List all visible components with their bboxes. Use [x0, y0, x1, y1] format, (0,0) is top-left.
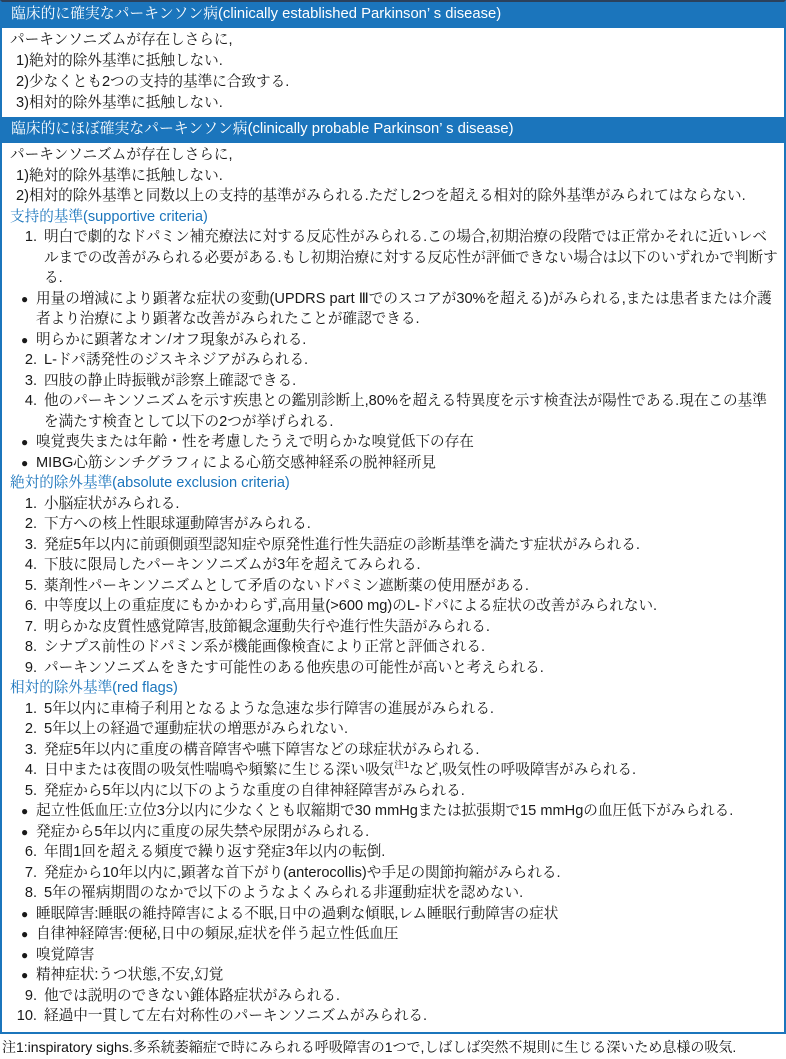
condition-item: 2)相対的除外基準と同数以上の支持的基準がみられる.ただし2つを超える相対的除外…	[7, 186, 779, 207]
bullet-icon: ●	[21, 924, 36, 945]
item-number: 9.	[7, 986, 37, 1007]
item-text: 発症5年以内に重度の構音障害や嚥下障害などの球症状がみられる.	[44, 740, 779, 761]
numbered-item: 3.発症5年以内に重度の構音障害や嚥下障害などの球症状がみられる.	[7, 740, 779, 761]
banner-clinically-probable: 臨床的にほぼ確実なパーキンソン病(clinically probable Par…	[2, 117, 784, 143]
numbered-item: 4.日中または夜間の吸気性喘鳴や頻繁に生じる深い吸気注1など,吸気性の呼吸障害が…	[7, 760, 779, 781]
item-text: 経過中一貫して左右対称性のパーキンソニズムがみられる.	[44, 1006, 779, 1027]
bullet-icon: ●	[21, 801, 36, 822]
item-number: 3.	[7, 371, 37, 392]
supportive-criteria-list: 1.明白で劇的なドパミン補充療法に対する反応性がみられる.この場合,初期治療の段…	[7, 227, 779, 473]
item-number: 1.	[7, 227, 37, 248]
bullet-icon: ●	[21, 453, 36, 474]
footnote-marker: 注1	[394, 760, 409, 771]
item-text: L-ドパ誘発性のジスキネジアがみられる.	[44, 350, 779, 371]
bullet-item: ●発症から5年以内に重度の尿失禁や尿閉がみられる.	[21, 822, 779, 843]
numbered-item: 9.パーキンソニズムをきたす可能性のある他疾患の可能性が高いと考えられる.	[7, 658, 779, 679]
bullet-icon: ●	[21, 432, 36, 453]
bullet-icon: ●	[21, 289, 36, 310]
established-conditions: 1)絶対的除外基準に抵触しない.2)少なくとも2つの支持的基準に合致する.3)相…	[7, 51, 779, 114]
item-number: 5.	[7, 576, 37, 597]
supportive-criteria-heading: 支持的基準(supportive criteria)	[7, 207, 779, 228]
banner-clinically-established: 臨床的に確実なパーキンソン病(clinically established Pa…	[2, 2, 784, 28]
item-text: 下肢に限局したパーキンソニズムが3年を超えてみられる.	[44, 555, 779, 576]
established-intro: パーキンソニズムが存在しさらに,	[7, 30, 779, 51]
bullet-item: ●睡眠障害:睡眠の維持障害による不眠,日中の過剰な傾眠,レム睡眠行動障害の症状	[21, 904, 779, 925]
item-number: 9.	[7, 658, 37, 679]
footnote: 注1:inspiratory sighs.多系統萎縮症で時にみられる呼吸障害の1…	[0, 1034, 786, 1059]
item-number: 7.	[7, 617, 37, 638]
diagnostic-criteria-table: 臨床的に確実なパーキンソン病(clinically established Pa…	[0, 0, 786, 1034]
item-text: 小脳症状がみられる.	[44, 494, 779, 515]
numbered-item: 5.発症から5年以内に以下のような重度の自律神経障害がみられる.	[7, 781, 779, 802]
item-text: 発症から5年以内に以下のような重度の自律神経障害がみられる.	[44, 781, 779, 802]
item-number: 8.	[7, 637, 37, 658]
established-section: パーキンソニズムが存在しさらに, 1)絶対的除外基準に抵触しない.2)少なくとも…	[2, 28, 784, 117]
item-number: 2.	[7, 350, 37, 371]
bullet-icon: ●	[21, 822, 36, 843]
bullet-item: ●嗅覚障害	[21, 945, 779, 966]
item-number: 7.	[7, 863, 37, 884]
absolute-exclusion-list: 1.小脳症状がみられる.2.下方への核上性眼球運動障害がみられる.3.発症5年以…	[7, 494, 779, 679]
item-text: 四肢の静止時振戦が診察上確認できる.	[44, 371, 779, 392]
numbered-item: 1.5年以内に車椅子利用となるような急速な歩行障害の進展がみられる.	[7, 699, 779, 720]
numbered-item: 4.他のパーキンソニズムを示す疾患との鑑別診断上,80%を超える特異度を示す検査…	[7, 391, 779, 432]
numbered-item: 5.薬剤性パーキンソニズムとして矛盾のないドパミン遮断薬の使用歴がある.	[7, 576, 779, 597]
criteria-section: パーキンソニズムが存在しさらに, 1)絶対的除外基準に抵触しない.2)相対的除外…	[2, 143, 784, 1032]
numbered-item: 8.シナプス前性のドパミン系が機能画像検査により正常と評価される.	[7, 637, 779, 658]
item-number: 3.	[7, 535, 37, 556]
red-flags-list: 1.5年以内に車椅子利用となるような急速な歩行障害の進展がみられる.2.5年以上…	[7, 699, 779, 1027]
probable-intro: パーキンソニズムが存在しさらに,	[7, 145, 779, 166]
numbered-item: 6.年間1回を超える頻度で繰り返す発症3年以内の転倒.	[7, 842, 779, 863]
condition-item: 1)絶対的除外基準に抵触しない.	[7, 166, 779, 187]
item-text: 5年以内に車椅子利用となるような急速な歩行障害の進展がみられる.	[44, 699, 779, 720]
numbered-item: 1.明白で劇的なドパミン補充療法に対する反応性がみられる.この場合,初期治療の段…	[7, 227, 779, 289]
item-text: パーキンソニズムをきたす可能性のある他疾患の可能性が高いと考えられる.	[44, 658, 779, 679]
bullet-item: ●精神症状:うつ状態,不安,幻覚	[21, 965, 779, 986]
numbered-item: 2.下方への核上性眼球運動障害がみられる.	[7, 514, 779, 535]
bullet-text: 精神症状:うつ状態,不安,幻覚	[36, 965, 779, 986]
item-text: 中等度以上の重症度にもかかわらず,高用量(>600 mg)のL-ドパによる症状の…	[44, 596, 779, 617]
item-text: 日中または夜間の吸気性喘鳴や頻繁に生じる深い吸気注1など,吸気性の呼吸障害がみら…	[44, 760, 779, 781]
bullet-item: ●嗅覚喪失または年齢・性を考慮したうえで明らかな嗅覚低下の存在	[21, 432, 779, 453]
item-number: 4.	[7, 760, 37, 781]
item-text: 他では説明のできない錐体路症状がみられる.	[44, 986, 779, 1007]
bullet-text: 嗅覚喪失または年齢・性を考慮したうえで明らかな嗅覚低下の存在	[36, 432, 779, 453]
numbered-item: 2.L-ドパ誘発性のジスキネジアがみられる.	[7, 350, 779, 371]
item-number: 1.	[7, 699, 37, 720]
item-number: 10.	[7, 1006, 37, 1027]
numbered-item: 3.発症5年以内に前頭側頭型認知症や原発性進行性失語症の診断基準を満たす症状がみ…	[7, 535, 779, 556]
bullet-icon: ●	[21, 945, 36, 966]
bullet-item: ●自律神経障害:便秘,日中の頻尿,症状を伴う起立性低血圧	[21, 924, 779, 945]
numbered-item: 8.5年の罹病期間のなかで以下のようなよくみられる非運動症状を認めない.	[7, 883, 779, 904]
bullet-text: MIBG心筋シンチグラフィによる心筋交感神経系の脱神経所見	[36, 453, 779, 474]
item-text: 他のパーキンソニズムを示す疾患との鑑別診断上,80%を超える特異度を示す検査法が…	[44, 391, 779, 432]
item-number: 3.	[7, 740, 37, 761]
item-text: 明らかな皮質性感覚障害,肢節観念運動失行や進行性失語がみられる.	[44, 617, 779, 638]
numbered-item: 7.明らかな皮質性感覚障害,肢節観念運動失行や進行性失語がみられる.	[7, 617, 779, 638]
numbered-item: 9.他では説明のできない錐体路症状がみられる.	[7, 986, 779, 1007]
bullet-item: ●明らかに顕著なオン/オフ現象がみられる.	[21, 330, 779, 351]
item-text: 薬剤性パーキンソニズムとして矛盾のないドパミン遮断薬の使用歴がある.	[44, 576, 779, 597]
bullet-text: 用量の増減により顕著な症状の変動(UPDRS part Ⅲでのスコアが30%を超…	[36, 289, 779, 330]
numbered-item: 2.5年以上の経過で運動症状の増悪がみられない.	[7, 719, 779, 740]
red-flags-heading: 相対的除外基準(red flags)	[7, 678, 779, 699]
condition-item: 1)絶対的除外基準に抵触しない.	[7, 51, 779, 72]
item-number: 8.	[7, 883, 37, 904]
absolute-exclusion-heading: 絶対的除外基準(absolute exclusion criteria)	[7, 473, 779, 494]
item-number: 5.	[7, 781, 37, 802]
bullet-text: 嗅覚障害	[36, 945, 779, 966]
probable-conditions: 1)絶対的除外基準に抵触しない.2)相対的除外基準と同数以上の支持的基準がみられ…	[7, 166, 779, 207]
condition-item: 2)少なくとも2つの支持的基準に合致する.	[7, 72, 779, 93]
item-text: 明白で劇的なドパミン補充療法に対する反応性がみられる.この場合,初期治療の段階で…	[44, 227, 779, 289]
numbered-item: 7.発症から10年以内に,顕著な首下がり(anterocollis)や手足の関節…	[7, 863, 779, 884]
bullet-text: 明らかに顕著なオン/オフ現象がみられる.	[36, 330, 779, 351]
item-number: 6.	[7, 596, 37, 617]
item-text: 年間1回を超える頻度で繰り返す発症3年以内の転倒.	[44, 842, 779, 863]
item-number: 2.	[7, 514, 37, 535]
item-number: 6.	[7, 842, 37, 863]
item-number: 2.	[7, 719, 37, 740]
numbered-item: 1.小脳症状がみられる.	[7, 494, 779, 515]
item-text: シナプス前性のドパミン系が機能画像検査により正常と評価される.	[44, 637, 779, 658]
numbered-item: 3.四肢の静止時振戦が診察上確認できる.	[7, 371, 779, 392]
bullet-icon: ●	[21, 330, 36, 351]
item-text: 5年の罹病期間のなかで以下のようなよくみられる非運動症状を認めない.	[44, 883, 779, 904]
item-number: 4.	[7, 391, 37, 412]
condition-item: 3)相対的除外基準に抵触しない.	[7, 93, 779, 114]
item-number: 4.	[7, 555, 37, 576]
bullet-text: 発症から5年以内に重度の尿失禁や尿閉がみられる.	[36, 822, 779, 843]
bullet-text: 起立性低血圧:立位3分以内に少なくとも収縮期で30 mmHgまたは拡張期で15 …	[36, 801, 779, 822]
bullet-text: 睡眠障害:睡眠の維持障害による不眠,日中の過剰な傾眠,レム睡眠行動障害の症状	[36, 904, 779, 925]
numbered-item: 4.下肢に限局したパーキンソニズムが3年を超えてみられる.	[7, 555, 779, 576]
item-text: 5年以上の経過で運動症状の増悪がみられない.	[44, 719, 779, 740]
bullet-icon: ●	[21, 904, 36, 925]
item-text: 発症5年以内に前頭側頭型認知症や原発性進行性失語症の診断基準を満たす症状がみられ…	[44, 535, 779, 556]
bullet-icon: ●	[21, 965, 36, 986]
bullet-item: ●起立性低血圧:立位3分以内に少なくとも収縮期で30 mmHgまたは拡張期で15…	[21, 801, 779, 822]
numbered-item: 10.経過中一貫して左右対称性のパーキンソニズムがみられる.	[7, 1006, 779, 1027]
item-text: 下方への核上性眼球運動障害がみられる.	[44, 514, 779, 535]
item-text: 発症から10年以内に,顕著な首下がり(anterocollis)や手足の関節拘縮…	[44, 863, 779, 884]
numbered-item: 6.中等度以上の重症度にもかかわらず,高用量(>600 mg)のL-ドパによる症…	[7, 596, 779, 617]
bullet-text: 自律神経障害:便秘,日中の頻尿,症状を伴う起立性低血圧	[36, 924, 779, 945]
bullet-item: ●用量の増減により顕著な症状の変動(UPDRS part Ⅲでのスコアが30%を…	[21, 289, 779, 330]
item-number: 1.	[7, 494, 37, 515]
bullet-item: ●MIBG心筋シンチグラフィによる心筋交感神経系の脱神経所見	[21, 453, 779, 474]
